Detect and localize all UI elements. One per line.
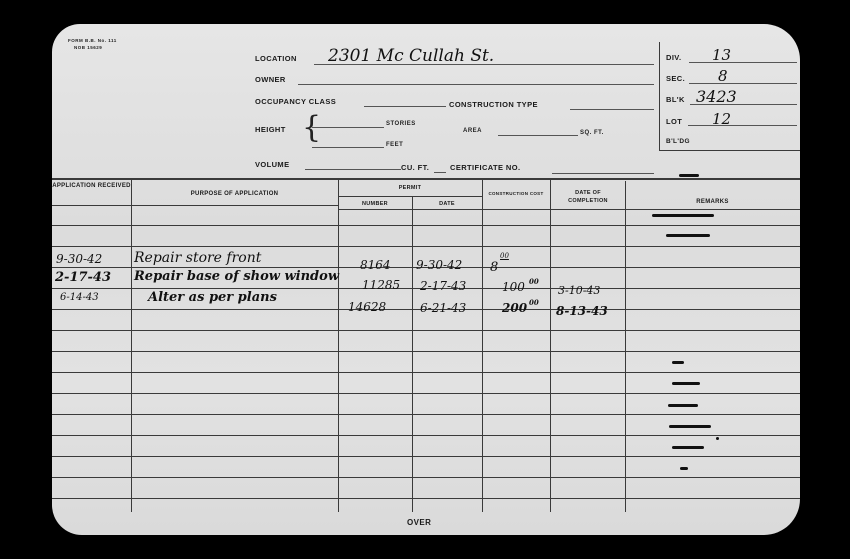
application-received-date: 2-17-43 [55,270,111,285]
redaction-mark [672,382,700,385]
col-divider [338,178,339,512]
col-divider [482,178,483,512]
construction-cost-cents: 00 [529,298,539,307]
height-brace: { [302,113,321,143]
completion-date: 8-13-43 [556,304,608,318]
owner-label: OWNER [255,75,286,84]
permit-number: 11285 [362,278,400,292]
form-code: NOB 15629 [74,45,102,50]
area-unit: SQ. FT. [580,130,604,136]
div-value: 13 [712,46,731,64]
redaction-mark [672,361,684,364]
bldg-label: B'L'DG [666,138,690,145]
header-permit-date: DATE [412,200,482,208]
blk-value: 3423 [696,87,737,106]
header-construction-cost: CONSTRUCTION COST [486,190,546,197]
application-received-date: 6-14-43 [60,292,99,303]
div-label: DIV. [666,53,682,62]
header-date-of-completion: DATE OF COMPLETION [555,189,621,205]
volume-field [305,169,401,170]
redaction-mark [672,446,704,449]
col-divider [131,178,132,512]
redaction-mark [680,467,688,470]
over-label: OVER [407,518,431,527]
header-remarks: REMARKS [625,198,800,206]
redaction-mark [652,214,714,217]
construction-cost: 100 [502,280,525,294]
sec-label: SEC. [666,74,685,83]
col-divider [412,196,413,512]
stories-field [312,127,384,128]
completion-date: 3-10-43 [558,284,600,297]
sec-value: 8 [718,67,728,85]
table-top-border [52,178,800,180]
height-label: HEIGHT [255,125,286,134]
form-number: FORM B.B. No. 111 [68,38,117,43]
permit-record-card: FORM B.B. No. 111 NOB 15629 LOCATION 230… [52,24,800,535]
redaction-mark [666,234,710,237]
redaction-mark [668,404,698,407]
side-box-border [659,42,660,151]
purpose: Alter as per plans [148,290,277,305]
occupancy-class-label: OCCUPANCY CLASS [255,97,336,106]
lot-value: 12 [712,110,731,128]
purpose: Repair store front [134,250,261,266]
volume-unit: CU. FT. [401,163,429,172]
construction-cost: 200 [502,301,527,315]
location-value: 2301 Mc Cullah St. [328,46,494,66]
construction-cost: 8 [490,260,498,275]
header-purpose: PURPOSE OF APPLICATION [131,190,338,198]
permit-date: 2-17-43 [420,279,466,293]
purpose: Repair base of show window [134,269,339,284]
permit-date: 9-30-42 [416,258,462,272]
feet-field [312,147,384,148]
construction-cost-cents: 00 [529,277,539,286]
lot-label: LOT [666,117,682,126]
application-received-date: 9-30-42 [56,252,102,266]
owner-field [298,84,654,85]
construction-type-label: CONSTRUCTION TYPE [449,100,538,109]
stories-label: STORIES [386,121,416,127]
permit-date: 6-21-43 [420,301,466,315]
permit-number: 8164 [360,258,391,272]
permit-number: 14628 [348,300,386,314]
certificate-no-label: CERTIFICATE NO. [450,163,520,172]
feet-label: FEET [386,142,403,148]
volume-label: VOLUME [255,160,289,169]
construction-type-field [570,109,654,110]
redaction-mark [669,425,711,428]
area-label: AREA [463,128,482,134]
col-divider [625,181,626,512]
header-permit: PERMIT [338,184,482,192]
header-permit-number: NUMBER [338,200,412,208]
col-divider [550,180,551,512]
area-field [498,135,578,136]
occupancy-class-field [364,106,446,107]
blk-label: BL'K [666,95,685,104]
redaction-mark [679,174,699,177]
construction-cost-cents: 00 [500,252,509,260]
header-application-received: APPLICATION RECEIVED [52,182,131,190]
certificate-no-field [552,173,654,174]
location-label: LOCATION [255,54,297,63]
